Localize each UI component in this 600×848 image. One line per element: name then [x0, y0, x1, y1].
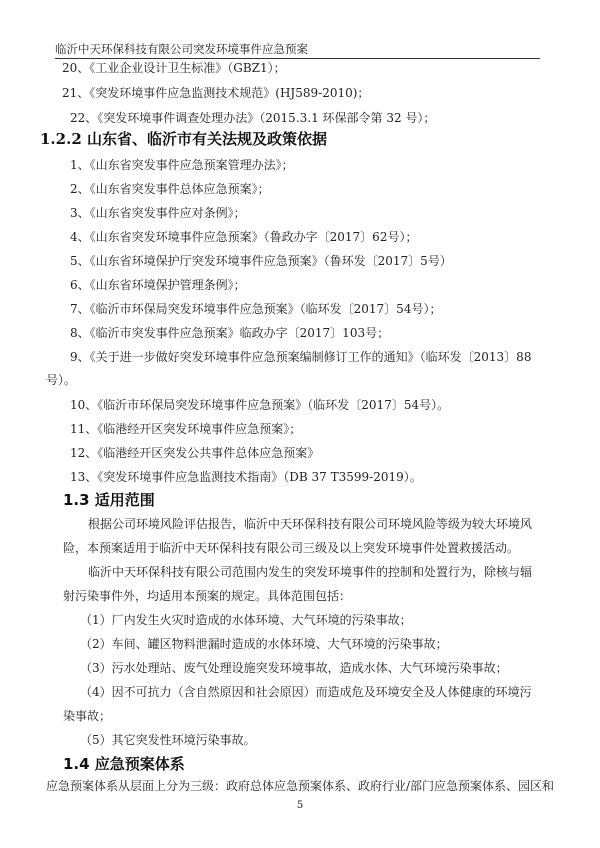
scope-item: （3）污水处理站、废气处理设施突发环境事故，造成水体、大气环境污染事故； — [80, 660, 508, 676]
item-number: 5、 — [70, 254, 90, 268]
item-number: 2、 — [70, 182, 90, 196]
paragraph-line: 根据公司环境风险评估报告，临沂中天环保科技有限公司环境风险等级为较大环境风 — [88, 516, 532, 532]
item-text: 《临沂市突发事件应急预案》临政办字〔2017〕103号； — [90, 326, 389, 340]
item-text: 《关于进一步做好突发环境事件应急预案编制修订工作的通知》（临环发〔2013〕88 — [90, 350, 532, 364]
list-item: 1、《山东省突发事件应急预案管理办法》； — [70, 157, 294, 173]
item-text: 《山东省环境保护厅突发环境事件应急预案》（鲁环发〔2017〕5号） — [90, 254, 452, 268]
item-text: 《工业企业设计卫生标准》（GBZ1）； — [89, 61, 285, 75]
page-number: 5 — [0, 800, 600, 811]
paragraph-line: 射污染事件外，均适用本预案的规定。具体范围包括： — [63, 588, 351, 604]
list-item: 7、《临沂市环保局突发环境事件应急预案》（临环发〔2017〕54号）； — [70, 301, 441, 317]
item-number: （1） — [80, 613, 112, 627]
document-page: 临沂中天环保科技有限公司突发环境事件应急预案 20、《工业企业设计卫生标准》（G… — [0, 0, 600, 848]
item-text: 《突发环境事件应急监测技术指南》（DB 37 T3599-2019）。 — [97, 470, 421, 484]
item-number: （2） — [80, 637, 112, 651]
item-number: 11、 — [70, 422, 97, 436]
scope-item: （4）因不可抗力（含自然原因和社会原因）而造成危及环境安全及人体健康的环境污 — [80, 684, 532, 700]
item-text: 车间、罐区物料泄漏时造成的水体环境、大气环境的污染事故； — [112, 637, 448, 651]
item-text: 污水处理站、废气处理设施突发环境事故，造成水体、大气环境污染事故； — [112, 661, 508, 675]
item-text: 《山东省环境保护管理条例》； — [90, 278, 246, 292]
item-number: 9、 — [70, 350, 90, 364]
section-heading-1-4: 1.4 应急预案体系 — [63, 754, 185, 774]
section-heading-1-3: 1.3 适用范围 — [63, 490, 155, 510]
list-item: 5、《山东省环境保护厅突发环境事件应急预案》（鲁环发〔2017〕5号） — [70, 253, 452, 269]
list-item: 2、《山东省突发事件总体应急预案》； — [70, 181, 270, 197]
list-item: 20、《工业企业设计卫生标准》（GBZ1）； — [62, 60, 286, 76]
item-number: 7、 — [70, 302, 90, 316]
running-header: 临沂中天环保科技有限公司突发环境事件应急预案 — [55, 41, 540, 59]
item-text: 《临沂市环保局突发环境事件应急预案》（临环发〔2017〕54号）； — [90, 302, 442, 316]
list-item: 13、《突发环境事件应急监测技术指南》（DB 37 T3599-2019）。 — [70, 469, 422, 485]
list-item: 11、《临港经开区突发环境事件应急预案》； — [70, 421, 301, 437]
item-text: 因不可抗力（含自然原因和社会原因）而造成危及环境安全及人体健康的环境污 — [112, 685, 532, 699]
item-number: 20、 — [62, 61, 89, 75]
paragraph-line: 应急预案体系从层面上分为三级：政府总体应急预案体系、政府行业/部门应急预案体系、… — [46, 778, 554, 794]
item-number: （5） — [80, 733, 112, 747]
item-text: 《临港经开区突发公共事件总体应急预案》 — [97, 446, 319, 460]
list-item: 3、《山东省突发事件应对条例》； — [70, 205, 246, 221]
item-text: 厂内发生火灾时造成的水体环境、大气环境的污染事故； — [112, 613, 412, 627]
list-item: 6、《山东省环境保护管理条例》； — [70, 277, 246, 293]
item-number: 13、 — [70, 470, 97, 484]
item-number: 10、 — [70, 398, 97, 412]
list-item: 10、《临沂市环保局突发环境事件应急预案》（临环发〔2017〕54号）。 — [70, 397, 449, 413]
item-number: （4） — [80, 685, 112, 699]
list-item: 8、《临沂市突发事件应急预案》临政办字〔2017〕103号； — [70, 325, 389, 341]
item-number: （3） — [80, 661, 112, 675]
item-number: 8、 — [70, 326, 90, 340]
paragraph-line: 临沂中天环保科技有限公司范围内发生的突发环境事件的控制和处置行为，除核与辐 — [88, 564, 532, 580]
list-item: 4、《山东省突发环境事件应急预案》（鲁政办字〔2017〕62号）； — [70, 229, 417, 245]
item-text: 《临沂市环保局突发环境事件应急预案》（临环发〔2017〕54号）。 — [97, 398, 449, 412]
item-text: 《山东省突发事件总体应急预案》； — [90, 182, 270, 196]
item-number: 3、 — [70, 206, 90, 220]
item-number: 6、 — [70, 278, 90, 292]
item-text: 《突发环境事件应急监测技术规范》(HJ589-2010)； — [89, 86, 369, 100]
list-item: 9、《关于进一步做好突发环境事件应急预案编制修订工作的通知》（临环发〔2013〕… — [70, 349, 531, 365]
item-text: 《山东省突发事件应急预案管理办法》； — [90, 158, 294, 172]
item-text: 《山东省突发事件应对条例》； — [90, 206, 246, 220]
section-heading-1-2-2: 1.2.2 山东省、临沂市有关法规及政策依据 — [40, 129, 327, 149]
item-number: 12、 — [70, 446, 97, 460]
list-item: 12、《临港经开区突发公共事件总体应急预案》 — [70, 445, 319, 461]
list-item: 22、《突发环境事件调查处理办法》（2015.3.1 环保部令第 32 号）； — [70, 110, 435, 126]
scope-item-continuation: 染事故； — [63, 708, 111, 724]
item-text: 《临港经开区突发环境事件应急预案》； — [97, 422, 301, 436]
item-number: 1、 — [70, 158, 90, 172]
scope-item: （1）厂内发生火灾时造成的水体环境、大气环境的污染事故； — [80, 612, 412, 628]
item-number: 22、 — [70, 111, 97, 125]
item-number: 21、 — [62, 86, 89, 100]
scope-item: （2）车间、罐区物料泄漏时造成的水体环境、大气环境的污染事故； — [80, 636, 448, 652]
item-text: 《突发环境事件调查处理办法》（2015.3.1 环保部令第 32 号）； — [97, 111, 435, 125]
item-number: 4、 — [70, 230, 90, 244]
item-text: 《山东省突发环境事件应急预案》（鲁政办字〔2017〕62号）； — [90, 230, 418, 244]
item-text: 其它突发性环境污染事故。 — [112, 733, 256, 747]
scope-item: （5）其它突发性环境污染事故。 — [80, 732, 256, 748]
list-item: 21、《突发环境事件应急监测技术规范》(HJ589-2010)； — [62, 85, 369, 101]
paragraph-line: 险，本预案适用于临沂中天环保科技有限公司三级及以上突发环境事件处置救援活动。 — [63, 540, 519, 556]
list-item-continuation: 号）。 — [46, 372, 76, 388]
